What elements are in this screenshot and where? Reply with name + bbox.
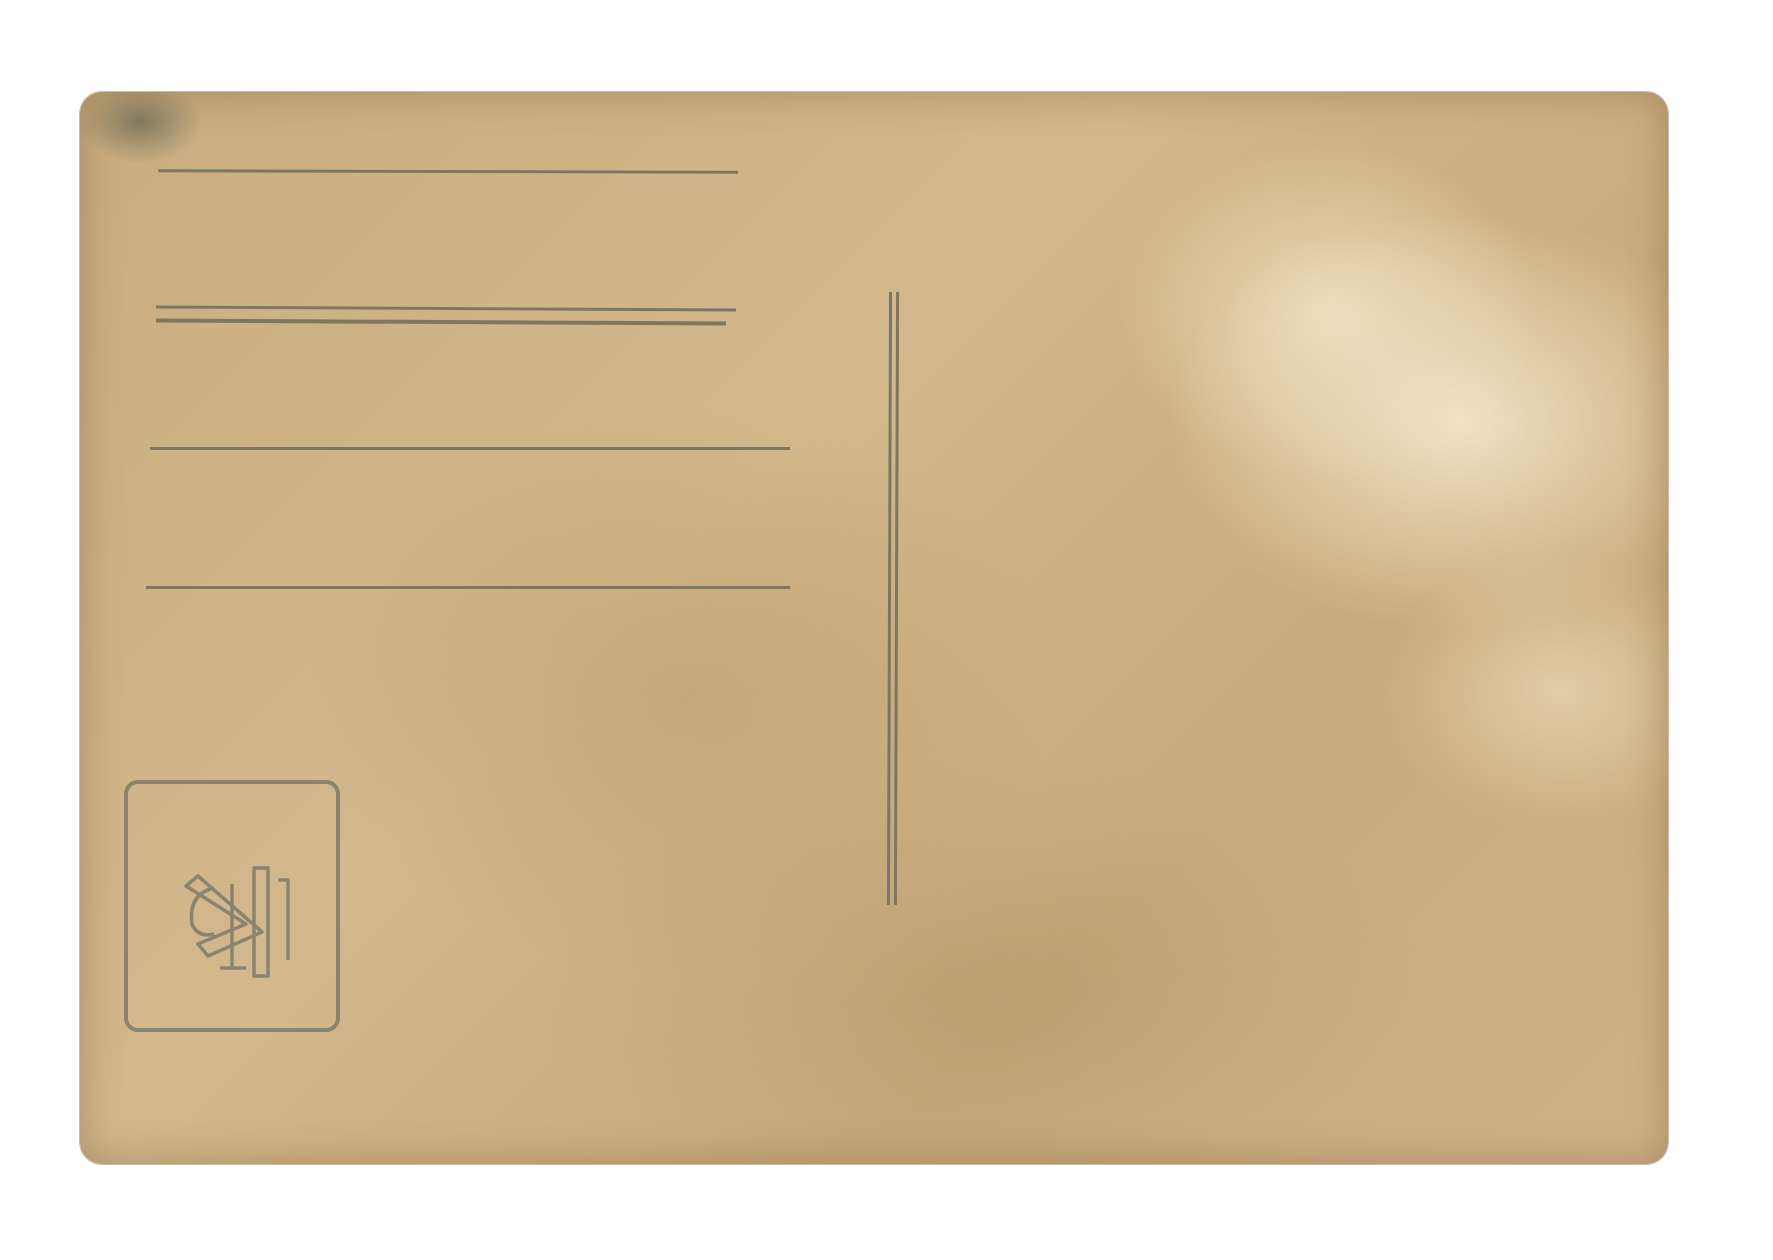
- address-line-2b: [156, 319, 726, 326]
- divider-line-right: [894, 292, 899, 905]
- postcard-back: [80, 92, 1668, 1164]
- address-line-1: [158, 169, 738, 174]
- address-line-4: [146, 586, 790, 589]
- logo-box: [124, 780, 340, 1032]
- monogram-logo-icon: [128, 784, 336, 1028]
- address-line-3: [150, 447, 790, 450]
- divider-line-left: [887, 292, 892, 905]
- address-line-2a: [156, 305, 736, 311]
